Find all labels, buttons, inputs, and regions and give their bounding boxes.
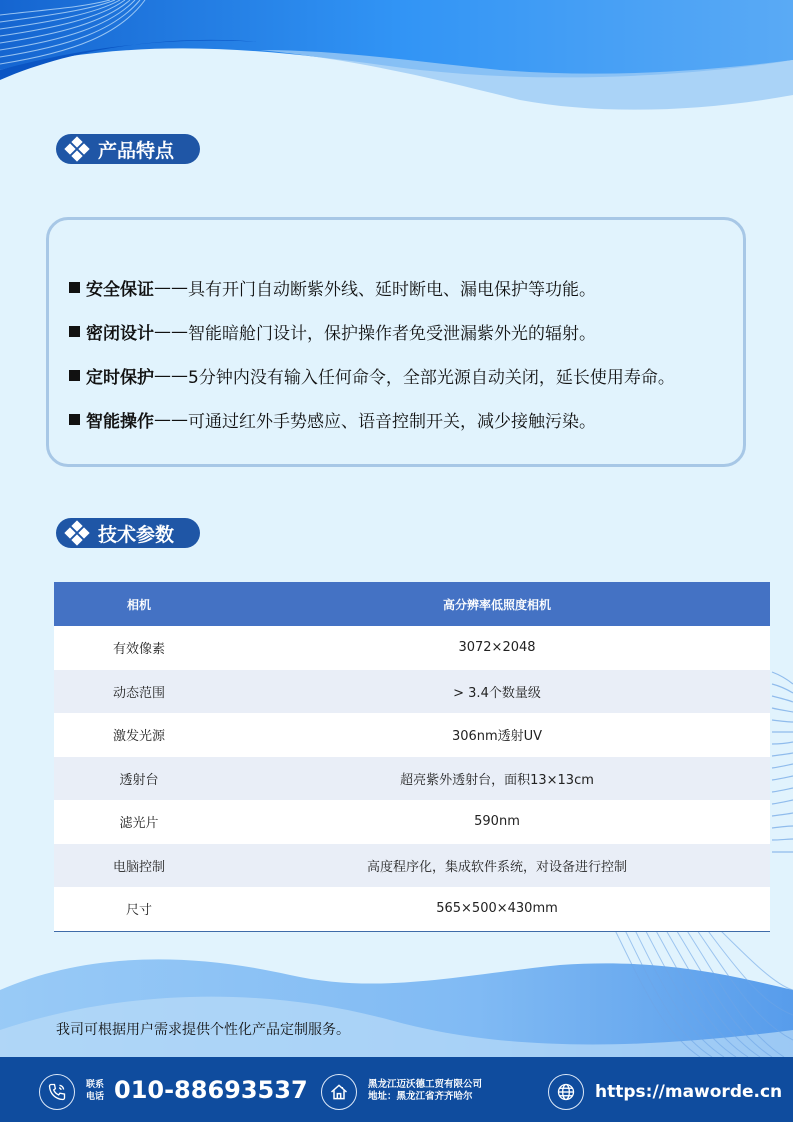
bullet-square-icon [69,370,80,381]
phone-icon [39,1074,75,1110]
footer-bar: 联系 电话 010-88693537 黑龙江迈沃德工贸有限公司 地址：黑龙江省齐… [0,1057,793,1122]
feature-key: 定时保护 [86,363,154,388]
home-icon [321,1074,357,1110]
company-name: 黑龙江迈沃德工贸有限公司 [368,1079,482,1091]
section-title-text: 产品特点 [98,136,174,163]
feature-separator: —— [154,322,188,342]
table-row: 滤光片 590nm [54,800,770,844]
spec-value: 高度程序化，集成软件系统，对设备进行控制 [224,844,770,888]
spec-value: 3072×2048 [224,626,770,670]
feature-key: 密闭设计 [86,319,154,344]
feature-separator: —— [154,278,188,298]
globe-icon [548,1074,584,1110]
table-row: 有效像素 3072×2048 [54,626,770,670]
spec-label: 滤光片 [54,800,224,844]
table-header-cell: 相机 [54,582,224,626]
spec-value: 565×500×430mm [224,887,770,931]
feature-key: 安全保证 [86,275,154,300]
bullet-square-icon [69,326,80,337]
phone-label: 联系 电话 [86,1079,104,1103]
feature-item: 安全保证 —— 具有开门自动断紫外线、延时断电、漏电保护等功能。 [69,275,596,300]
spec-label: 电脑控制 [54,844,224,888]
feature-box: 安全保证 —— 具有开门自动断紫外线、延时断电、漏电保护等功能。 密闭设计 ——… [46,217,746,467]
phone-number[interactable]: 010-88693537 [114,1076,308,1104]
spec-label: 激发光源 [54,713,224,757]
feature-item: 智能操作 —— 可通过红外手势感应、语音控制开关，减少接触污染。 [69,407,596,432]
custom-service-note: 我司可根据用户需求提供个性化产品定制服务。 [56,1019,350,1039]
spec-label: 尺寸 [54,887,224,931]
table-header-cell: 高分辨率低照度相机 [224,582,770,626]
table-row: 电脑控制 高度程序化，集成软件系统，对设备进行控制 [54,844,770,888]
spec-label: 有效像素 [54,626,224,670]
feature-item: 密闭设计 —— 智能暗舱门设计，保护操作者免受泄漏紫外光的辐射。 [69,319,596,344]
table-row: 尺寸 565×500×430mm [54,887,770,931]
feature-text: 智能暗舱门设计，保护操作者免受泄漏紫外光的辐射。 [188,319,596,344]
spec-value: 超亮紫外透射台，面积13×13cm [224,757,770,801]
website-link[interactable]: https://maworde.cn [595,1082,782,1102]
diamond-icon [66,138,88,160]
feature-key: 智能操作 [86,407,154,432]
feature-text: 5分钟内没有输入任何命令，全部光源自动关闭，延长使用寿命。 [188,363,675,388]
feature-text: 可通过红外手势感应、语音控制开关，减少接触污染。 [188,407,596,432]
spec-table: 相机 高分辨率低照度相机 有效像素 3072×2048 动态范围 > 3.4个数… [54,582,770,932]
table-row: 激发光源 306nm透射UV [54,713,770,757]
table-row: 透射台 超亮紫外透射台，面积13×13cm [54,757,770,801]
bullet-square-icon [69,282,80,293]
phone-label-line: 联系 [86,1079,104,1091]
table-header-row: 相机 高分辨率低照度相机 [54,582,770,626]
feature-text: 具有开门自动断紫外线、延时断电、漏电保护等功能。 [188,275,596,300]
diamond-icon [66,522,88,544]
feature-item: 定时保护 —— 5分钟内没有输入任何命令，全部光源自动关闭，延长使用寿命。 [69,363,675,388]
spec-label: 透射台 [54,757,224,801]
section-title-text: 技术参数 [98,520,174,547]
feature-separator: —— [154,410,188,430]
section-title-specs: 技术参数 [56,518,200,548]
bullet-square-icon [69,414,80,425]
spec-value: 590nm [224,800,770,844]
spec-value: > 3.4个数量级 [224,670,770,714]
company-info: 黑龙江迈沃德工贸有限公司 地址：黑龙江省齐齐哈尔 [368,1079,482,1103]
spec-value: 306nm透射UV [224,713,770,757]
phone-label-line: 电话 [86,1091,104,1103]
feature-separator: —— [154,366,188,386]
background-waves [0,0,793,1122]
spec-label: 动态范围 [54,670,224,714]
section-title-features: 产品特点 [56,134,200,164]
table-row: 动态范围 > 3.4个数量级 [54,670,770,714]
company-address: 地址：黑龙江省齐齐哈尔 [368,1091,482,1103]
